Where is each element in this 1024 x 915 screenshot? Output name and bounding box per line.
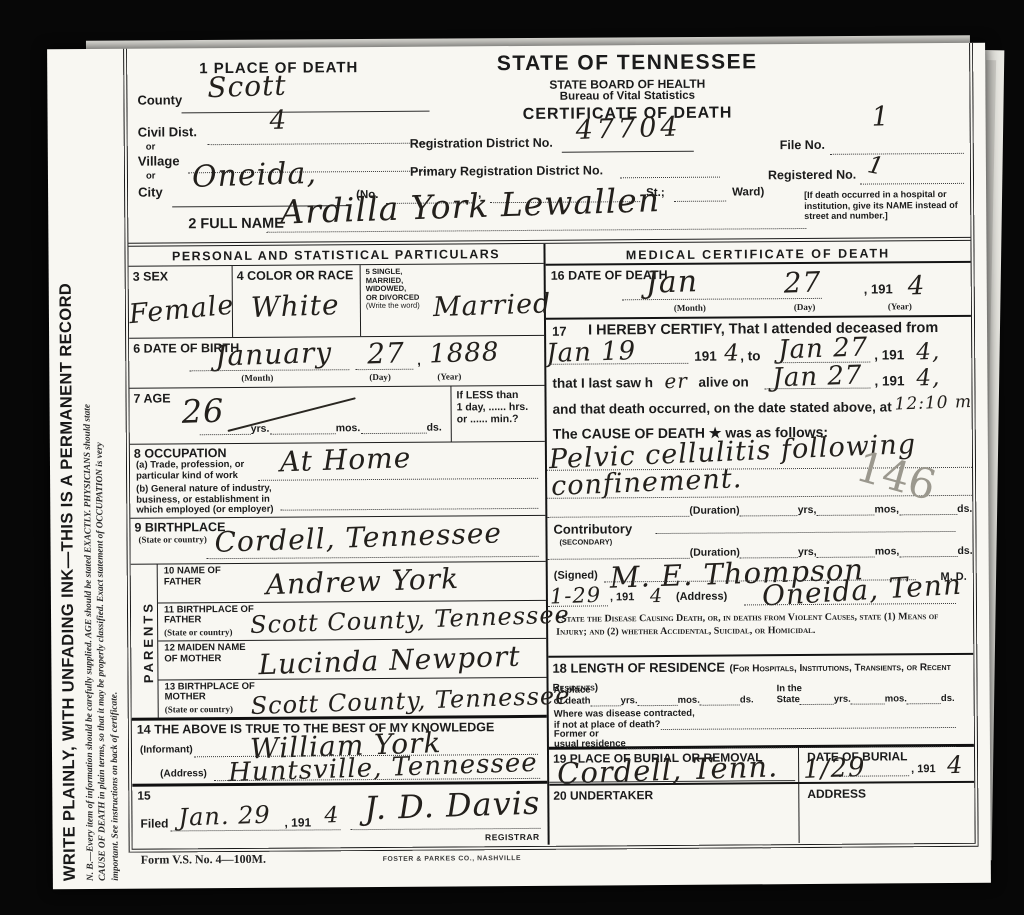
- full-name-label: 2 FULL NAME: [188, 216, 284, 233]
- father-name-row: 10 NAME OF FATHER Andrew York: [158, 562, 546, 603]
- registrar-line: [351, 828, 541, 830]
- certify-row: 17 I HEREBY CERTIFY, That I attended dec…: [546, 317, 972, 424]
- residence-label-line: 18 LENGTH OF RESIDENCE (For Hospitals, I…: [552, 657, 973, 696]
- mos-label: mos.: [336, 422, 361, 434]
- occupation-b-line: [280, 508, 538, 511]
- registrar-label: REGISTRAR: [485, 832, 540, 842]
- duration-dots: [547, 504, 689, 518]
- duration-caption: (Duration): [689, 504, 739, 516]
- dod-day-caption: (Day): [794, 302, 816, 312]
- dod-row: 16 DATE OF DEATH Jan (Month) 27 (Day) , …: [546, 263, 971, 320]
- parents-label: PARENTS: [141, 601, 157, 683]
- form-body: PERSONAL AND STATISTICAL PARTICULARS 3 S…: [128, 241, 974, 848]
- filed-date-value: Jan. 29: [178, 801, 271, 832]
- dod-year-printed: , 191: [864, 281, 893, 296]
- dod-year-digit: 4: [907, 271, 926, 302]
- age-row: 7 AGE 26 yrs. mos. ds. If LESS than: [129, 386, 544, 445]
- father-birthplace-label: 11 BIRTHPLACE OF FATHER: [164, 604, 256, 626]
- death-line: and that death occurred, on the date sta…: [553, 399, 892, 416]
- occupation-a-value: At Home: [279, 441, 411, 478]
- county-line: [182, 111, 430, 114]
- duration-dots: [548, 546, 690, 560]
- attestation-row: 14 THE ABOVE IS TRUE TO THE BEST OF MY K…: [132, 718, 547, 787]
- primary-district-line: [620, 177, 720, 179]
- hospital-note: [If death occurred in a hospital or inst…: [804, 189, 964, 222]
- ward-line: [674, 201, 726, 202]
- mother-birthplace-label: 13 BIRTHPLACE OF MOTHER: [164, 681, 256, 703]
- dod-month-value: Jan: [645, 264, 698, 301]
- birthplace-row: 9 BIRTHPLACE (State or country) Cordell,…: [130, 516, 545, 565]
- yrs-label: yrs,: [798, 504, 817, 516]
- signed-address-label: (Address): [676, 591, 727, 603]
- res-dots: [800, 694, 834, 705]
- yrs-label: yrs.: [251, 423, 270, 435]
- mother-name-row: 12 MAIDEN NAME OF MOTHER Lucinda Newport: [158, 639, 546, 680]
- to-year-printed: , 191: [874, 347, 904, 362]
- residence-row: 18 LENGTH OF RESIDENCE (For Hospitals, I…: [548, 655, 974, 750]
- burial-row: 19 PLACE OF BURIAL OR REMOVAL Cordell, T…: [549, 747, 974, 786]
- filed-label: Filed: [140, 816, 168, 830]
- sex-label: 3 SEX: [133, 269, 169, 283]
- father-name-label: 10 NAME OF FATHER: [164, 566, 256, 588]
- last-saw-pre: that I last saw h: [552, 375, 653, 391]
- informant-address-label: (Address): [160, 768, 207, 779]
- father-name-value: Andrew York: [265, 562, 459, 601]
- full-name-value: Ardilla York Lewallen: [280, 180, 661, 232]
- registered-no-label: Registered No.: [768, 168, 856, 183]
- res-dots: [660, 717, 955, 730]
- contributory-line: [655, 531, 955, 534]
- to-label: , to: [740, 348, 760, 363]
- age-units-line: yrs. mos. ds.: [200, 421, 442, 436]
- age-dots: [360, 421, 426, 434]
- filed-year-printed: , 191: [284, 815, 311, 829]
- undertaker-address-label: ADDRESS: [807, 787, 866, 801]
- to-year-digit: 4,: [916, 339, 941, 366]
- duration-dots: [899, 502, 957, 515]
- mos-label: mos,: [874, 503, 899, 515]
- filed-section-no: 15: [137, 789, 150, 803]
- mother-name-value: Lucinda Newport: [258, 640, 521, 682]
- seen-year-digit: 4,: [916, 365, 941, 392]
- certificate-page: WRITE PLAINLY, WITH UNFADING INK—THIS IS…: [47, 43, 991, 890]
- occupation-b-label: (b) General nature of industry, business…: [136, 484, 273, 516]
- burial-date-cell: DATE OF BURIAL 1/29 , 191 4: [799, 747, 974, 782]
- signed-row: (Signed) M. E. Thompson M. D. 1-29 , 191…: [548, 559, 973, 612]
- mother-birthplace-row: 13 BIRTHPLACE OF MOTHER (State or countr…: [158, 677, 546, 717]
- res-dots: [851, 693, 885, 704]
- dob-row: 6 DATE OF BIRTH January (Month) 27 (Day)…: [129, 336, 544, 389]
- ds-label: ds.: [957, 545, 972, 557]
- burial-place-cell: 19 PLACE OF BURIAL OR REMOVAL Cordell, T…: [549, 748, 799, 784]
- undertaker-label: 20 UNDERTAKER: [553, 788, 653, 803]
- mother-birthplace-caption: (State or country): [165, 704, 233, 714]
- parents-strip: PARENTS: [131, 565, 159, 718]
- age-dots: [200, 422, 251, 435]
- mother-birthplace-value: Scott County, Tennessee: [250, 681, 571, 720]
- at-place-label: At place: [554, 686, 591, 696]
- filed-line: [171, 829, 341, 831]
- ds-label: ds.: [427, 422, 442, 434]
- sex-cell: 3 SEX Female: [129, 266, 233, 338]
- dod-month-caption: (Month): [674, 303, 706, 313]
- age-dots: [269, 421, 335, 434]
- signed-year-digit: 4: [650, 585, 664, 607]
- certify-no: 17: [552, 324, 567, 339]
- signed-year-printed: , 191: [610, 591, 635, 603]
- registered-no-line: [860, 183, 964, 185]
- personal-title: PERSONAL AND STATISTICAL PARTICULARS: [172, 247, 500, 263]
- county-value: Scott: [207, 69, 287, 105]
- age-less-box: If LESS than 1 day, ...... hrs. or .....…: [450, 386, 544, 442]
- occ-a-line: particular kind of work: [136, 470, 244, 481]
- county-label: County: [137, 92, 182, 107]
- ds-label: ds.: [740, 694, 754, 705]
- city-value: Oneida,: [191, 156, 317, 195]
- parents-section: PARENTS 10 NAME OF FATHER Andrew York 11…: [131, 562, 547, 721]
- registration-district-value: 47704: [575, 111, 682, 145]
- race-cell: 4 COLOR OR RACE White: [233, 265, 361, 337]
- ds-label: ds.: [941, 693, 955, 704]
- medical-column: MEDICAL CERTIFICATE OF DEATH 16 DATE OF …: [545, 241, 974, 845]
- occupation-a-label: (a) Trade, profession, or particular kin…: [136, 460, 244, 482]
- duration-dots: [740, 503, 798, 516]
- mos-label: mos,: [875, 545, 900, 557]
- father-birthplace-caption: (State or country): [164, 627, 232, 637]
- certify-line1: I HEREBY CERTIFY, That I attended deceas…: [588, 320, 938, 338]
- mos-label: mos.: [885, 693, 907, 704]
- state-label: State: [777, 694, 800, 705]
- from-year-digit: 4: [724, 340, 740, 367]
- occupation-a-line: [258, 478, 538, 481]
- age-less-line: If LESS than: [456, 389, 544, 402]
- burial-year-printed: , 191: [911, 763, 936, 775]
- certificate-form: 1 PLACE OF DEATH County Scott Civil Dist…: [123, 43, 979, 853]
- printer-credit: FOSTER & PARKES CO., NASHVILLE: [383, 855, 521, 863]
- parents-fields: 10 NAME OF FATHER Andrew York 11 BIRTHPL…: [158, 562, 547, 718]
- scanned-death-certificate: WRITE PLAINLY, WITH UNFADING INK—THIS IS…: [0, 0, 1024, 915]
- sex-race-marital-row: 3 SEX Female 4 COLOR OR RACE White 5 SIN…: [129, 264, 544, 339]
- margin-instructions: WRITE PLAINLY, WITH UNFADING INK—THIS IS…: [55, 63, 122, 881]
- bureau-title: Bureau of Vital Statistics: [427, 89, 827, 104]
- or-label-1: or: [146, 142, 156, 153]
- filed-year-digit: 4: [324, 803, 340, 828]
- undertaker-address-cell: ADDRESS: [799, 783, 974, 843]
- at-place-units: of death yrs. mos. ds.: [554, 694, 754, 706]
- seen-year-printed: , 191: [874, 373, 904, 388]
- pencil-number: 146: [851, 441, 941, 510]
- ds-label: ds.: [957, 503, 972, 515]
- death-time-value: 12:10 m.: [894, 392, 974, 415]
- contracted-line: if not at place of death?: [554, 717, 956, 731]
- dob-comma: ,: [417, 353, 421, 368]
- month-caption: (Month): [241, 373, 273, 383]
- alive-on-label: alive on: [698, 374, 748, 389]
- age-less-line: or ...... min.?: [457, 413, 545, 426]
- year-caption: (Year): [437, 371, 461, 381]
- informant-label: (Informant): [140, 744, 193, 755]
- marital-label: 5 SINGLE, MARRIED, WIDOWED, OR DIVORCED …: [366, 268, 420, 311]
- mother-name-label: 12 MAIDEN NAME OF MOTHER: [164, 643, 256, 665]
- birthplace-caption: (State or country): [138, 534, 206, 544]
- from-year-printed: 191: [694, 349, 717, 364]
- dob-day-value: 27: [367, 336, 406, 370]
- primary-district-label: Primary Registration District No.: [410, 163, 603, 178]
- age-label: 7 AGE: [133, 391, 170, 405]
- undertaker-row: 20 UNDERTAKER ADDRESS: [549, 783, 974, 845]
- yrs-label: yrs.: [621, 695, 638, 706]
- in-the-label: In the: [777, 684, 802, 694]
- dob-day-line: [355, 369, 413, 370]
- father-birthplace-value: Scott County, Tennessee: [250, 600, 571, 639]
- file-no-value: 1: [871, 101, 890, 133]
- mos-label: mos.: [678, 695, 700, 706]
- city-label: City: [138, 184, 163, 199]
- cause-duration-line: (Duration) yrs, mos, ds.: [547, 502, 972, 518]
- dod-day-value: 27: [783, 265, 822, 299]
- age-less-line: 1 day, ...... hrs.: [457, 401, 545, 414]
- yrs-label: yrs.: [834, 694, 851, 705]
- occupation-row: 8 OCCUPATION (a) Trade, profession, or p…: [130, 442, 546, 519]
- civil-dist-line: [208, 143, 430, 146]
- registration-district-label: Registration District No.: [410, 136, 553, 151]
- file-no-line: [830, 153, 964, 155]
- registered-no-value: 1: [865, 150, 887, 181]
- personal-column: PERSONAL AND STATISTICAL PARTICULARS 3 S…: [128, 244, 549, 848]
- registrar-signature: J. D. Davis: [364, 784, 541, 828]
- form-number: Form V.S. No. 4—100M.: [141, 852, 266, 868]
- sex-value: Female: [128, 289, 235, 330]
- medical-title-row: MEDICAL CERTIFICATE OF DEATH: [545, 241, 970, 266]
- marital-write-word-cap: (Write the word): [366, 302, 420, 311]
- form-header: 1 PLACE OF DEATH County Scott Civil Dist…: [127, 43, 970, 247]
- signed-label: (Signed): [554, 569, 598, 581]
- race-value: White: [250, 288, 340, 324]
- civil-dist-label: Civil Dist.: [138, 124, 197, 139]
- cause-footnote: *State the Disease Causing Death, or, in…: [548, 609, 973, 658]
- marital-cell: 5 SINGLE, MARRIED, WIDOWED, OR DIVORCED …: [361, 264, 544, 336]
- marital-value: Married: [432, 288, 551, 323]
- ward-label: Ward): [732, 186, 764, 198]
- last-saw-her: er: [664, 369, 688, 394]
- dob-month-line: [189, 369, 349, 371]
- res-dots: [591, 695, 621, 706]
- secondary-caption: (SECONDARY): [560, 537, 613, 546]
- burial-date-value: 1/29: [803, 753, 866, 785]
- duration-dots: [899, 544, 957, 557]
- duration-dots: [816, 503, 874, 516]
- former-label-line2: usual residence: [554, 738, 626, 750]
- father-birthplace-row: 11 BIRTHPLACE OF FATHER (State or countr…: [158, 600, 546, 641]
- medical-title: MEDICAL CERTIFICATE OF DEATH: [626, 246, 890, 262]
- dod-line: [622, 298, 822, 300]
- burial-date-line: [839, 775, 909, 776]
- of-death-label: of death: [554, 696, 591, 707]
- civil-dist-value: 4: [269, 105, 288, 136]
- occ-b-line: which employed (or employer): [136, 505, 273, 516]
- race-label: 4 COLOR OR RACE: [237, 268, 354, 283]
- or-label-2: or: [146, 171, 156, 182]
- dob-year-value: 1888: [429, 337, 500, 369]
- res-dots: [638, 695, 678, 706]
- burial-year-digit: 4: [947, 751, 964, 780]
- village-label: Village: [138, 153, 180, 168]
- day-caption: (Day): [369, 372, 391, 382]
- dod-year-caption: (Year): [888, 301, 912, 311]
- registration-district-line: [562, 151, 694, 153]
- res-dots: [700, 694, 740, 705]
- filed-row: 15 Filed Jan. 29 , 191 4 J. D. Davis REG…: [132, 784, 547, 848]
- birthplace-label: 9 BIRTHPLACE: [134, 520, 225, 535]
- state-title: STATE OF TENNESSEE: [427, 50, 827, 77]
- residence-label: 18 LENGTH OF RESIDENCE: [552, 660, 725, 676]
- res-dots: [907, 693, 941, 704]
- cause-row: The CAUSE OF DEATH ★ was as follows: Pel…: [547, 421, 973, 520]
- in-state-units: State yrs. mos. ds.: [777, 693, 955, 705]
- undertaker-cell: 20 UNDERTAKER: [549, 784, 799, 845]
- contributory-label: Contributory: [553, 521, 632, 537]
- file-no-label: File No.: [780, 138, 825, 152]
- birthplace-value: Cordell, Tennessee: [214, 516, 502, 559]
- dob-month-value: January: [215, 336, 333, 373]
